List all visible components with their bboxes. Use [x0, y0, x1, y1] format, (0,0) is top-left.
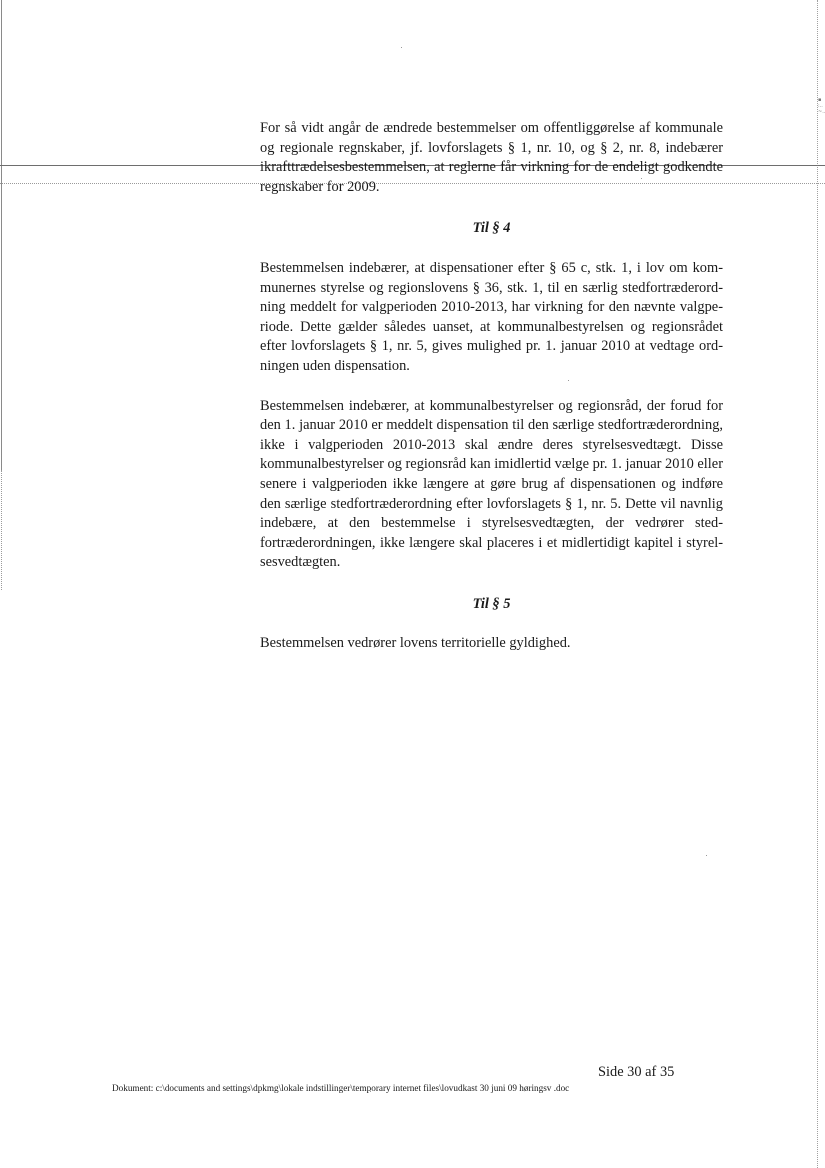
scan-edge-dotted-left [1, 470, 2, 590]
scan-edge-dotted-right [817, 0, 818, 1168]
scan-edge-line-left [1, 0, 2, 470]
document-page: For så vidt angår de ændrede bestemmelse… [260, 119, 723, 654]
page-indicator: Side 30 af 35 [598, 1063, 674, 1081]
section-paragraph: Bestemmelsen indebærer, at dispensatione… [260, 259, 723, 377]
margin-mark: ▪:..~.. [818, 97, 825, 115]
scan-speck [401, 47, 402, 48]
document-path: Dokument: c:\documents and settings\dpkm… [112, 1082, 569, 1094]
section-til-4: Til § 4 Bestemmelsen indebærer, at dispe… [260, 219, 723, 573]
section-til-5: Til § 5 Bestemmelsen vedrører lovens ter… [260, 595, 723, 654]
section-heading: Til § 4 [260, 219, 723, 239]
section-heading: Til § 5 [260, 595, 723, 615]
section-paragraph: Bestemmelsen indebærer, at kommunalbesty… [260, 397, 723, 573]
scan-speck [706, 855, 707, 856]
section-paragraph: Bestemmelsen vedrører lovens territoriel… [260, 634, 723, 654]
intro-paragraph: For så vidt angår de ændrede bestemmelse… [260, 119, 723, 197]
